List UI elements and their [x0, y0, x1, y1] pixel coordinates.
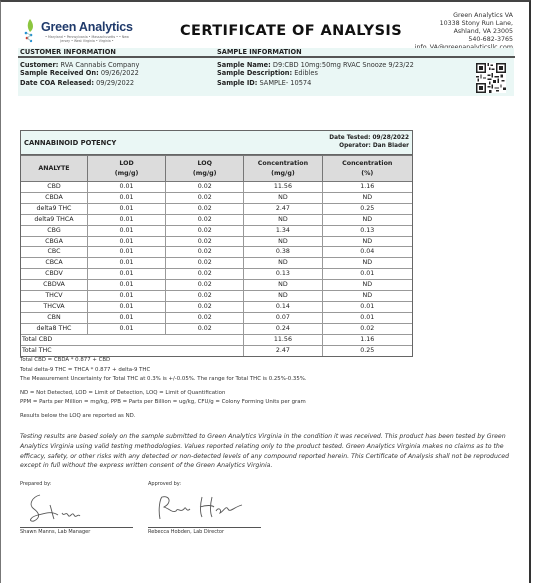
released-date: 09/29/2022 [96, 79, 134, 87]
analyte-cell: CBD [21, 182, 87, 193]
sample-desc-line: Sample Description: Edibles [217, 69, 414, 77]
sample-name: D9:CBD 10mg:50mg RVAC Snooze 9/23/22 [273, 61, 414, 69]
value-cell: ND [244, 280, 322, 291]
value-cell: 0.01 [87, 192, 165, 203]
total-value: 11.56 [244, 334, 322, 345]
value-cell: ND [244, 192, 322, 203]
column-header: LOD(mg/g) [87, 156, 165, 182]
value-cell: 0.02 [166, 236, 244, 247]
value-cell: 0.02 [166, 312, 244, 323]
logo-name: Green Analytics [41, 20, 133, 34]
table-header-row: ANALYTELOD(mg/g)LOQ(mg/g)Concentration(m… [21, 156, 412, 182]
table-row: CBDV0.010.020.130.01 [21, 269, 412, 280]
value-cell: 0.02 [322, 323, 412, 334]
value-cell: 0.01 [322, 312, 412, 323]
total-value: 0.25 [322, 345, 412, 355]
value-cell: ND [244, 258, 322, 269]
notes: Total CBD = CBDA * 0.877 + CBD Total del… [20, 356, 307, 421]
table-row: CBCA0.010.02NDND [21, 258, 412, 269]
sample-info: Sample Name: D9:CBD 10mg:50mg RVAC Snooz… [217, 61, 414, 88]
total-label: Total THC [21, 345, 244, 355]
company-logo: Green Analytics • Maryland • Pennsylvani… [22, 18, 132, 44]
formula-total-cbd: Total CBD = CBDA * 0.877 + CBD [20, 356, 307, 366]
analyte-cell: CBDV [21, 269, 87, 280]
value-cell: 0.01 [87, 323, 165, 334]
analyte-cell: CBDVA [21, 280, 87, 291]
operator: Operator: Dan Blader [329, 142, 409, 150]
value-cell: 0.13 [322, 225, 412, 236]
value-cell: 0.01 [322, 269, 412, 280]
value-cell: ND [244, 291, 322, 302]
value-cell: 0.02 [166, 269, 244, 280]
units-note: PPM = Parts per Million = mg/kg, PPB = P… [20, 398, 307, 408]
sample-description: Edibles [294, 69, 318, 77]
value-cell: 0.01 [87, 247, 165, 258]
total-row: Total CBD11.561.16 [21, 334, 412, 345]
potency-meta: Date Tested: 09/28/2022 Operator: Dan Bl… [329, 134, 409, 150]
lab-city: Ashland, VA 23005 [415, 28, 513, 36]
analyte-cell: delta9 THCA [21, 214, 87, 225]
qr-code-icon[interactable] [476, 63, 506, 93]
table-row: CBDVA0.010.02NDND [21, 280, 412, 291]
customer-name: RVA Cannabis Company [60, 61, 139, 69]
value-cell: 0.01 [87, 258, 165, 269]
value-cell: ND [244, 236, 322, 247]
abbreviations-note: ND = Not Detected, LOD = Limit of Detect… [20, 389, 307, 399]
value-cell: 0.02 [166, 258, 244, 269]
value-cell: 0.02 [166, 247, 244, 258]
value-cell: 0.01 [87, 312, 165, 323]
table-row: CBD0.010.0211.561.16 [21, 182, 412, 193]
released-line: Date COA Released: 09/29/2022 [20, 79, 139, 87]
value-cell: 0.01 [87, 280, 165, 291]
potency-title: CANNABINOID POTENCY [24, 139, 116, 147]
table-row: delta8 THC0.010.020.240.02 [21, 323, 412, 334]
table-row: CBGA0.010.02NDND [21, 236, 412, 247]
value-cell: 0.02 [166, 214, 244, 225]
column-header: Concentration(%) [322, 156, 412, 182]
prepared-by: Prepared by: Shawn Manns, Lab Manager [20, 481, 135, 539]
value-cell: 0.14 [244, 301, 322, 312]
disclaimer: Testing results are based solely on the … [20, 432, 516, 471]
value-cell: 0.01 [87, 203, 165, 214]
value-cell: ND [322, 214, 412, 225]
received-date: 09/26/2022 [101, 69, 139, 77]
column-header: ANALYTE [21, 156, 87, 182]
signature-approved-icon [150, 491, 250, 525]
dna-leaf-icon [22, 18, 36, 44]
document-title: CERTIFICATE OF ANALYSIS [180, 23, 402, 39]
cannabinoid-potency-panel: CANNABINOID POTENCY Date Tested: 09/28/2… [20, 130, 413, 357]
lab-address: Green Analytics VA 10338 Stony Run Lane,… [415, 12, 513, 52]
table-row: CBDA0.010.02NDND [21, 192, 412, 203]
table-row: CBN0.010.020.070.01 [21, 312, 412, 323]
prepared-name: Shawn Manns, Lab Manager [20, 529, 90, 535]
signature-prepared-icon [22, 491, 112, 525]
column-header: Concentration(mg/g) [244, 156, 322, 182]
value-cell: 11.56 [244, 182, 322, 193]
value-cell: 0.02 [166, 291, 244, 302]
value-cell: 0.24 [244, 323, 322, 334]
lab-name: Green Analytics VA [415, 12, 513, 20]
analyte-cell: CBDA [21, 192, 87, 203]
info-band: CUSTOMER INFORMATION SAMPLE INFORMATION … [18, 48, 514, 96]
analyte-cell: delta8 THC [21, 323, 87, 334]
analyte-cell: delta9 THC [21, 203, 87, 214]
value-cell: 2.47 [244, 203, 322, 214]
table-row: CBG0.010.021.340.13 [21, 225, 412, 236]
value-cell: 0.13 [244, 269, 322, 280]
value-cell: 0.02 [166, 323, 244, 334]
value-cell: 0.01 [87, 291, 165, 302]
potency-table: ANALYTELOD(mg/g)LOQ(mg/g)Concentration(m… [21, 155, 412, 356]
value-cell: 0.02 [166, 182, 244, 193]
table-row: delta9 THCA0.010.02NDND [21, 214, 412, 225]
value-cell: 0.02 [166, 301, 244, 312]
loq-note: Results below the LOQ are reported as ND… [20, 412, 307, 422]
value-cell: 0.01 [87, 214, 165, 225]
total-label: Total CBD [21, 334, 244, 345]
received-line: Sample Received On: 09/26/2022 [20, 69, 139, 77]
column-header: LOQ(mg/g) [166, 156, 244, 182]
analyte-cell: THCV [21, 291, 87, 302]
prepared-label: Prepared by: [20, 481, 135, 487]
value-cell: ND [244, 214, 322, 225]
sample-name-line: Sample Name: D9:CBD 10mg:50mg RVAC Snooz… [217, 61, 414, 69]
value-cell: ND [322, 258, 412, 269]
value-cell: 0.01 [87, 225, 165, 236]
table-body: CBD0.010.0211.561.16CBDA0.010.02NDNDdelt… [21, 182, 412, 356]
sample-id-line: Sample ID: SAMPLE- 10574 [217, 79, 414, 87]
total-row: Total THC2.470.25 [21, 345, 412, 355]
total-value: 1.16 [322, 334, 412, 345]
analyte-cell: CBCA [21, 258, 87, 269]
analyte-cell: CBG [21, 225, 87, 236]
approved-label: Approved by: [148, 481, 263, 487]
customer-line: Customer: RVA Cannabis Company [20, 61, 139, 69]
table-row: THCV0.010.02NDND [21, 291, 412, 302]
table-row: THCVA0.010.020.140.01 [21, 301, 412, 312]
value-cell: 0.07 [244, 312, 322, 323]
value-cell: 0.02 [166, 280, 244, 291]
value-cell: 0.25 [322, 203, 412, 214]
lab-phone: 540-682-3765 [415, 36, 513, 44]
value-cell: 1.16 [322, 182, 412, 193]
value-cell: 0.02 [166, 192, 244, 203]
lab-street: 10338 Stony Run Lane, [415, 20, 513, 28]
signature-block: Prepared by: Shawn Manns, Lab Manager Ap… [20, 481, 260, 539]
total-value: 2.47 [244, 345, 322, 355]
potency-header: CANNABINOID POTENCY Date Tested: 09/28/2… [21, 131, 412, 155]
value-cell: 0.01 [87, 182, 165, 193]
customer-info-heading: CUSTOMER INFORMATION [18, 48, 218, 58]
value-cell: 0.01 [87, 269, 165, 280]
approved-by: Approved by: Rebecca Hobden, Lab Directo… [148, 481, 263, 539]
analyte-cell: THCVA [21, 301, 87, 312]
table-row: delta9 THC0.010.022.470.25 [21, 203, 412, 214]
analyte-cell: CBN [21, 312, 87, 323]
logo-tagline: • Maryland • Pennsylvania • Massachusett… [42, 35, 132, 43]
customer-info: Customer: RVA Cannabis Company Sample Re… [20, 61, 139, 88]
sample-id: SAMPLE- 10574 [260, 79, 312, 87]
value-cell: ND [322, 291, 412, 302]
value-cell: 0.02 [166, 203, 244, 214]
value-cell: ND [322, 280, 412, 291]
value-cell: 0.38 [244, 247, 322, 258]
value-cell: 0.02 [166, 225, 244, 236]
analyte-cell: CBC [21, 247, 87, 258]
approved-name: Rebecca Hobden, Lab Director [148, 529, 224, 535]
value-cell: 0.04 [322, 247, 412, 258]
analyte-cell: CBGA [21, 236, 87, 247]
sample-info-heading: SAMPLE INFORMATION [216, 48, 515, 58]
value-cell: 0.01 [322, 301, 412, 312]
value-cell: ND [322, 192, 412, 203]
value-cell: ND [322, 236, 412, 247]
date-tested: Date Tested: 09/28/2022 [329, 134, 409, 142]
uncertainty-note: The Measurement Uncertainty for Total TH… [20, 375, 307, 385]
value-cell: 1.34 [244, 225, 322, 236]
value-cell: 0.01 [87, 301, 165, 312]
table-row: CBC0.010.020.380.04 [21, 247, 412, 258]
value-cell: 0.01 [87, 236, 165, 247]
formula-total-thc: Total delta-9 THC = THCA * 0.877 + delta… [20, 366, 307, 376]
